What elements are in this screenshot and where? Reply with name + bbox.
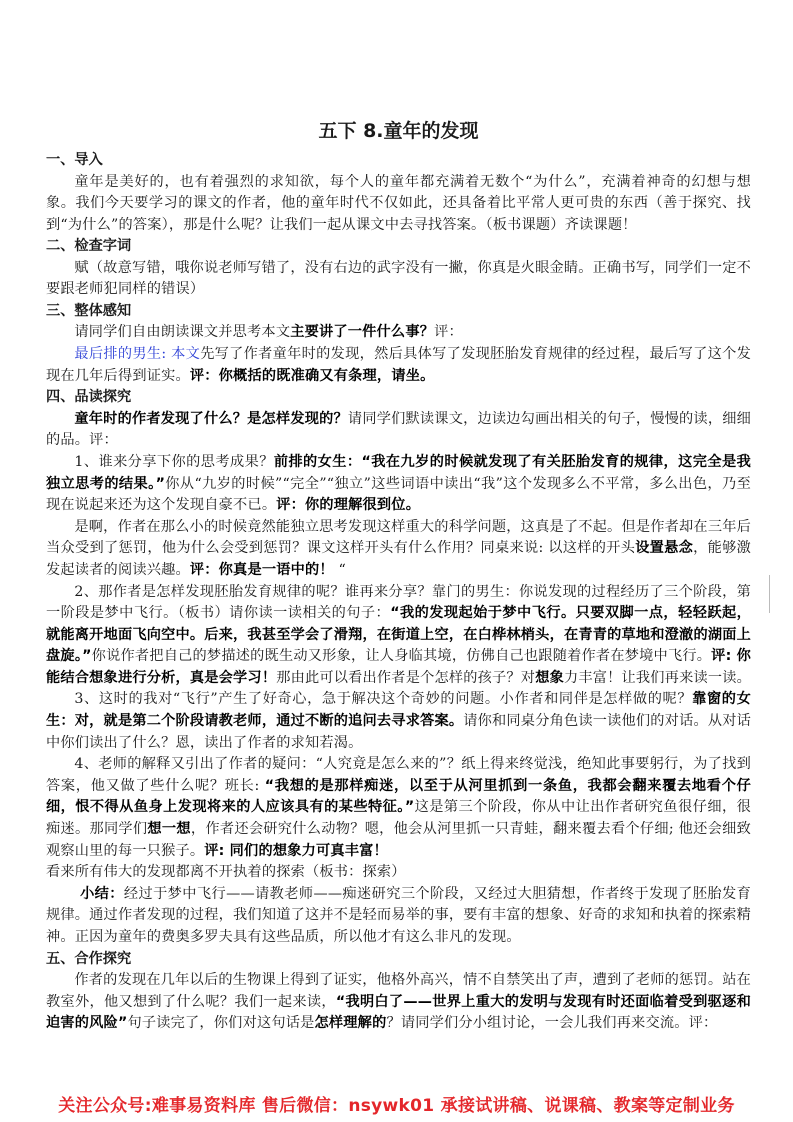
- reading-item-2: 2、那作者是怎样发现胚胎发育规律的呢？谁再来分享？靠门的男生：你说发现的过程经历…: [46, 582, 751, 690]
- reading-item-3: 3、这时的我对“飞行”产生了好奇心，急于解决这个奇妙的问题。小作者和同伴是怎样做…: [46, 689, 751, 754]
- overview-question: 请同学们自由朗读课文并思考本文主要讲了一件什么事？评：: [46, 322, 751, 344]
- text: 请同学们自由朗读课文并思考本文: [74, 324, 290, 340]
- text: “: [334, 562, 346, 578]
- bold-text: 童年时的作者发现了什么？是怎样发现的？: [74, 411, 348, 427]
- blue-speaker-text: 最后排的男生: 本文: [74, 346, 200, 362]
- bold-text: 评：你概括的既准确又有条理，请坐。: [190, 368, 435, 384]
- reading-item-4-tail: 看来所有伟大的发现都离不开执着的探索（板书：探索）: [46, 862, 751, 884]
- text: 3、这时的我对“飞行”产生了好奇心，急于解决这个奇妙的问题。小作者和同伴是怎样做…: [74, 691, 692, 707]
- text: 那由此可以看出作者是个怎样的孩子？对: [276, 670, 535, 686]
- text: ？请同学们分小组讨论，一会儿我们再来交流。评：: [386, 1015, 717, 1031]
- section-heading-overview: 三、整体感知: [46, 301, 751, 323]
- reading-item-1: 1、谁来分享下你的思考成果？前排的女生：“我在九岁的时候就发现了有关胚胎发育的规…: [46, 452, 751, 517]
- document-page: 五下 8.童年的发现 一、导入 童年是美好的，也有着强烈的求知欲，每个人的童年都…: [46, 118, 751, 1035]
- bold-text: 怎样理解的: [315, 1015, 387, 1031]
- footer-watermark: 关注公众号:难事易资料库 售后微信：nsywk01 承接试讲稿、说课稿、教案等定…: [0, 1094, 793, 1118]
- page-edge-mark: [769, 575, 770, 613]
- text: 经过于梦中飞行——请教老师——痴迷研究三个阶段，又经过大胆猜想，作者终于发现了胚…: [46, 886, 751, 945]
- section-heading-reading: 四、品读探究: [46, 387, 751, 409]
- text: 句子读完了，你们对这句话是: [127, 1015, 314, 1031]
- section-heading-vocab: 二、检查字词: [46, 236, 751, 258]
- document-title: 五下 8.童年的发现: [46, 118, 751, 144]
- cooperation-paragraph: 作者的发现在几年以后的生物课上得到了证实，他格外高兴，情不自禁笑出了声，遭到了老…: [46, 970, 751, 1035]
- vocab-paragraph: 赋（故意写错，哦你说老师写错了，没有右边的武字没有一撇，你真是火眼金睛。正确书写…: [46, 258, 751, 301]
- text: 评：: [434, 324, 463, 340]
- reading-item-4: 4、老师的解释又引出了作者的疑问：“人究竟是怎么来的”？纸上得来终觉浅，绝知此事…: [46, 754, 751, 862]
- section-heading-intro: 一、导入: [46, 150, 751, 172]
- section-heading-cooperation: 五、合作探究: [46, 949, 751, 971]
- text: 力丰富！让我们再来读一读。: [564, 670, 751, 686]
- bold-text: 主要讲了一件什么事？: [290, 324, 434, 340]
- reading-item-1b: 是啊，作者在那么小的时候竟然能独立思考发现这样重大的科学问题，这真是了不起。但是…: [46, 517, 751, 582]
- bold-text: 评：你的理解很到位。: [276, 497, 420, 513]
- overview-answer: 最后排的男生: 本文先写了作者童年时的发现，然后具体写了发现胚胎发育规律的经过程…: [46, 344, 751, 387]
- bold-text: 想象: [535, 670, 564, 686]
- reading-summary: 小结：经过于梦中飞行——请教老师——痴迷研究三个阶段，又经过大胆猜想，作者终于发…: [46, 884, 751, 949]
- reading-intro: 童年时的作者发现了什么？是怎样发现的？请同学们默读课文，边读边勾画出相关的句子，…: [46, 409, 751, 452]
- text: 你说作者把自己的梦描述的既生动又形象，让人身临其境，仿佛自己也跟随着作者在梦境中…: [92, 648, 712, 664]
- bold-text: 评: 同们的想象力可真丰富！: [204, 843, 388, 859]
- bold-text: 评：你真是一语中的！: [190, 562, 334, 578]
- bold-text: 想一想: [147, 821, 190, 837]
- bold-text: 设置悬念: [635, 540, 693, 556]
- bold-text: 小结：: [80, 886, 124, 902]
- text: 1、谁来分享下你的思考成果？: [74, 454, 273, 470]
- intro-paragraph: 童年是美好的，也有着强烈的求知欲，每个人的童年都充满着无数个“为什么”，充满着神…: [46, 172, 751, 237]
